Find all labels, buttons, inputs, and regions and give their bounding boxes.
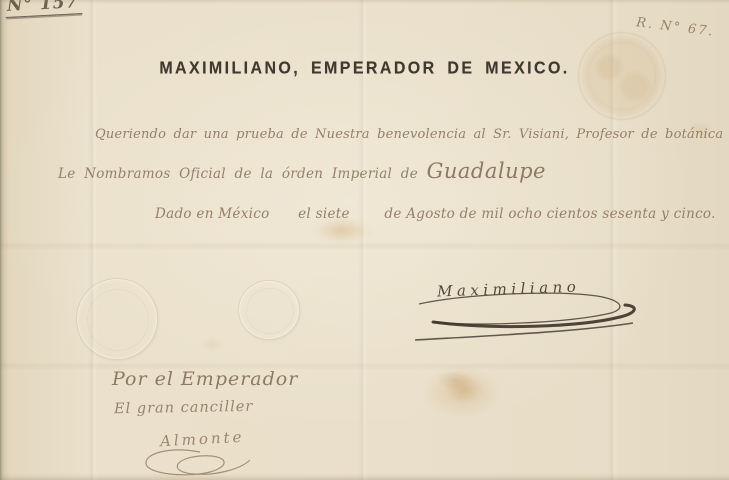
foxing-stain: [444, 374, 484, 404]
registry-number: R. N° 67.: [636, 15, 716, 39]
dateline: Dado en México el siete de Agosto de mil…: [155, 206, 716, 222]
scan-edge: [0, 0, 729, 4]
emperor-signature-block: Maximiliano: [415, 276, 655, 346]
signature-flourish-icon: [415, 276, 655, 346]
body-line-2: Le Nombramos Oficial de la órden Imperia…: [58, 159, 546, 183]
closing-block: Por el Emperador El gran canciller Almon…: [112, 368, 342, 480]
embossed-seal-ring: [246, 288, 294, 334]
closing-title-line: El gran canciller: [114, 399, 254, 417]
dateline-place: Dado en México: [155, 206, 270, 222]
dateline-month-year: de Agosto de mil ocho cientos sesenta y …: [384, 206, 715, 222]
scanned-document: N° 157 R. N° 67. MAXIMILIANO, EMPERADOR …: [0, 0, 729, 480]
paper-crease: [0, 242, 729, 250]
scan-edge: [0, 473, 729, 480]
order-name: Guadalupe: [427, 159, 546, 183]
dateline-day: el siete: [298, 206, 350, 222]
ink-seal-icon: [578, 32, 666, 120]
foxing-stain: [318, 220, 366, 242]
body-line-1: Queriendo dar una prueba de Nuestra bene…: [95, 127, 729, 142]
embossed-seal-ring: [87, 289, 150, 352]
ink-seal-inner-ring: [588, 42, 656, 110]
paper-crease: [0, 362, 729, 370]
scan-edge: [0, 0, 9, 480]
embossed-seal-icon: [238, 280, 300, 340]
closing-by-line: Por el Emperador: [112, 368, 298, 390]
body-line-2-text: Le Nombramos Oficial de la órden Imperia…: [58, 166, 418, 182]
embossed-seal-icon: [76, 278, 158, 360]
